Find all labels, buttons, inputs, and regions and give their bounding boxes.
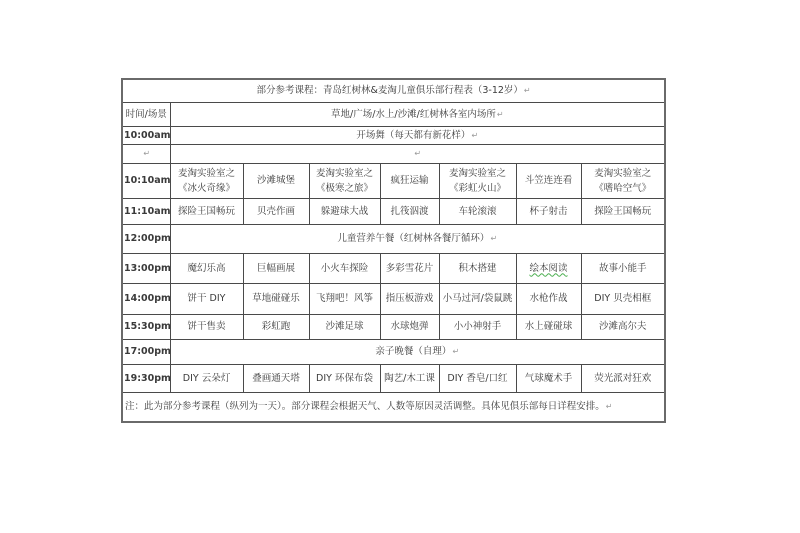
activity-cell: 水球炮弹 [380,315,439,340]
activity-cell: 沙滩足球 [309,315,380,340]
activity-cell: 麦淘实验室之《彩虹火山》 [439,164,516,199]
span-cell: 开场舞（每天都有新花样）↵ [170,127,665,145]
activity-cell: 探险王国畅玩 [581,199,665,225]
activity-cell: 小火车探险 [309,254,380,284]
activity-cell: DIY 香皂/口红 [439,365,516,393]
activity-cell: 小马过河/袋鼠跳 [439,284,516,315]
activity-cell: 彩虹跑 [243,315,309,340]
table-row: 13:00pm 魔幻乐高 巨幅画展 小火车探险 多彩雪花片 积木搭建 绘本阅读 … [122,254,665,284]
time-cell: ↵ [122,145,170,164]
venue-label: 草地/广场/水上/沙滩/红树林各室内场所↵ [170,103,665,127]
table-row: 12:00pm 儿童营养午餐（红树林各餐厅循环）↵ [122,225,665,254]
time-cell: 14:00pm [122,284,170,315]
span-cell: 儿童营养午餐（红树林各餐厅循环）↵ [170,225,665,254]
activity-cell: 荧光派对狂欢 [581,365,665,393]
activity-cell: 饼干 DIY [170,284,243,315]
activity-cell: 魔幻乐高 [170,254,243,284]
time-cell: 17:00pm [122,340,170,365]
table-row: 10:00am 开场舞（每天都有新花样）↵ [122,127,665,145]
activity-cell: DIY 环保布袋 [309,365,380,393]
activity-cell: 飞翔吧！风筝 [309,284,380,315]
activity-cell: 气球魔术手 [516,365,581,393]
activity-cell: 扎筏泅渡 [380,199,439,225]
table-row: 14:00pm 饼干 DIY 草地碰碰乐 飞翔吧！风筝 指压板游戏 小马过河/袋… [122,284,665,315]
time-cell: 10:00am [122,127,170,145]
table-row: 15:30pm 饼干售卖 彩虹跑 沙滩足球 水球炮弹 小小神射手 水上碰碰球 沙… [122,315,665,340]
activity-cell: 车轮滚滚 [439,199,516,225]
time-cell: 11:10am [122,199,170,225]
activity-cell: 斗笠连连看 [516,164,581,199]
activity-cell: DIY 贝壳相框 [581,284,665,315]
activity-cell: 沙滩高尔夫 [581,315,665,340]
table-row: 11:10am 探险王国畅玩 贝壳作画 躲避球大战 扎筏泅渡 车轮滚滚 杯子射击… [122,199,665,225]
activity-cell: 积木搭建 [439,254,516,284]
activity-cell: 饼干售卖 [170,315,243,340]
span-cell: ↵ [170,145,665,164]
activity-cell: 小小神射手 [439,315,516,340]
activity-cell: 水上碰碰球 [516,315,581,340]
table-row: ↵ ↵ [122,145,665,164]
table-title: 部分参考课程：青岛红树林&麦淘儿童俱乐部行程表（3-12岁）↵ [122,79,665,103]
activity-cell: 水枪作战 [516,284,581,315]
activity-cell: 陶艺/木工课 [380,365,439,393]
activity-cell: DIY 云朵灯 [170,365,243,393]
time-cell: 15:30pm [122,315,170,340]
schedule-document: 部分参考课程：青岛红树林&麦淘儿童俱乐部行程表（3-12岁）↵ 时间/场景 草地… [121,78,664,423]
venue-row: 时间/场景 草地/广场/水上/沙滩/红树林各室内场所↵ [122,103,665,127]
time-cell: 12:00pm [122,225,170,254]
activity-cell: 疯狂运输 [380,164,439,199]
activity-cell: 多彩雪花片 [380,254,439,284]
activity-cell: 绘本阅读 [516,254,581,284]
schedule-table: 部分参考课程：青岛红树林&麦淘儿童俱乐部行程表（3-12岁）↵ 时间/场景 草地… [121,78,666,423]
activity-cell: 故事小能手 [581,254,665,284]
table-row: 19:30pm DIY 云朵灯 叠画通天塔 DIY 环保布袋 陶艺/木工课 DI… [122,365,665,393]
activity-cell: 探险王国畅玩 [170,199,243,225]
time-cell: 10:10am [122,164,170,199]
activity-cell: 麦淘实验室之《嗜哈空气》 [581,164,665,199]
activity-cell: 杯子射击 [516,199,581,225]
activity-cell: 指压板游戏 [380,284,439,315]
activity-cell: 躲避球大战 [309,199,380,225]
activity-cell: 沙滩城堡 [243,164,309,199]
table-row: 17:00pm 亲子晚餐（自理）↵ [122,340,665,365]
activity-cell: 贝壳作画 [243,199,309,225]
activity-cell: 叠画通天塔 [243,365,309,393]
title-row: 部分参考课程：青岛红树林&麦淘儿童俱乐部行程表（3-12岁）↵ [122,79,665,103]
note-row: 注：此为部分参考课程（纵列为一天）。部分课程会根据天气、人数等原因灵活调整。具体… [122,393,665,423]
activity-cell: 草地碰碰乐 [243,284,309,315]
time-cell: 13:00pm [122,254,170,284]
footnote: 注：此为部分参考课程（纵列为一天）。部分课程会根据天气、人数等原因灵活调整。具体… [122,393,665,423]
activity-cell: 麦淘实验室之《冰火奇缘》 [170,164,243,199]
span-cell: 亲子晚餐（自理）↵ [170,340,665,365]
time-cell: 19:30pm [122,365,170,393]
header-label: 时间/场景 [122,103,170,127]
activity-cell: 麦淘实验室之《极寒之旅》 [309,164,380,199]
activity-cell: 巨幅画展 [243,254,309,284]
table-row: 10:10am 麦淘实验室之《冰火奇缘》 沙滩城堡 麦淘实验室之《极寒之旅》 疯… [122,164,665,199]
